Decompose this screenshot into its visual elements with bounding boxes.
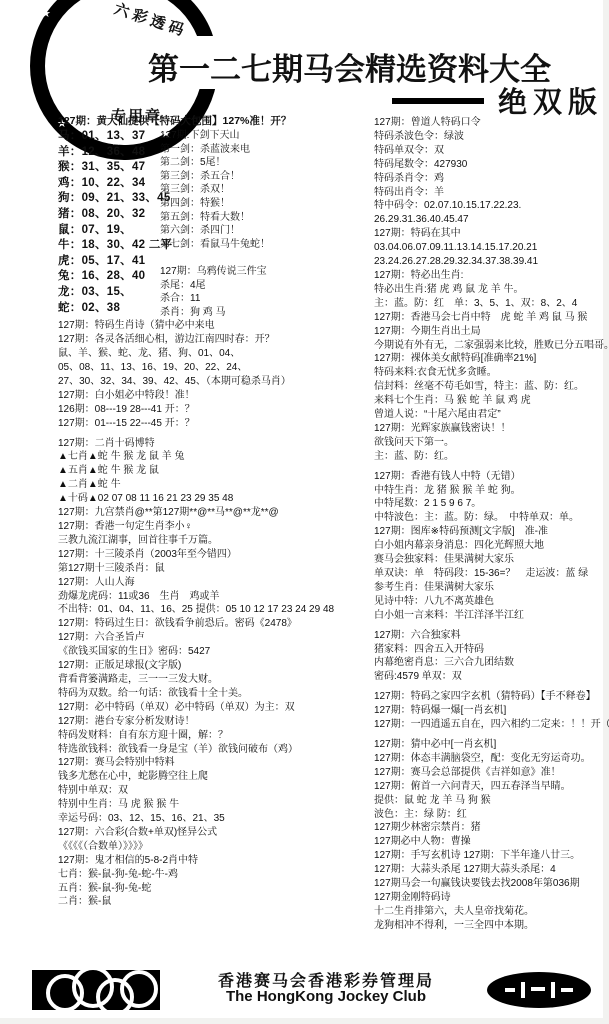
text-line: 127期：体态丰满脑袋空，配：变化无穷运奇功。 [374,752,609,766]
text-line: 不出特：01、04、11、16、25 提供：05 10 12 17 23 24 … [58,603,314,617]
text-line: 信封料：丝毫不苟毛如雪，特主：蓝、防：红。 [374,380,609,394]
document-body: 127期：黄大仙提供【特码大包围】127%准！开？ 马：01、13、37羊：12… [0,114,609,970]
text-line: 特码单双令：双 [374,144,609,158]
text-line: 背看背篓满路走，三一一三发大财。 [58,673,314,687]
text-line: ▲七肖▲蛇 牛 猴 龙 鼠 羊 兔 [58,450,314,464]
text-line: 蛇：02、38 [58,301,160,317]
oval-stamp [487,972,591,1008]
text-line: 特中码令：02.07.10.15.17.22.23. [374,199,609,213]
text-line: 特别中单双：双 [58,784,314,798]
text-line: 密码:4579 单双：双 [374,670,609,684]
stamp-mark [561,988,573,992]
text-line: 127期：白小姐必中特段！准！ [58,389,314,403]
text-line: 127期：港台专家分析发财诗！ [58,715,314,729]
left-text-lines: 127期：特码生肖诗（猜中必中来电127期：各灵各活细心相，游边江南四时春：开？… [58,319,314,909]
text-line: 杀合：11 [160,292,314,306]
text-line: 第三剑：杀双！ [160,183,314,197]
text-line: 127期：俯首一六问青天，四五春泽当早睛。 [374,780,609,794]
text-line: 127期：香港马会七肖中特 虎 蛇 羊 鸡 鼠 马 猴 [374,311,609,325]
text-line: 127期：人山人海 [58,576,314,590]
text-line: 127期：特必出生肖: [374,269,609,283]
text-line: 劲爆龙虎码：11或36 生肖 鸡或羊 [58,590,314,604]
footer: 香港赛马会香港彩券管理局 The HongKong Jockey Club [0,968,609,1014]
text-line: 127期：六合彩(合数+单双)怪异公式 [58,826,314,840]
document-page: ★ ★ ★ ★ ★ ★ ★ 六彩透码 专用章 第一二七期马会精选资料大全 绝双版… [0,0,603,1018]
text-line: 127期：今期生肖出土局 [374,325,609,339]
text-line: 赛马会独家料：佳果满树大家乐 [374,553,609,567]
text-line: 特码发财料：自有东方迎十圈，解：？ [58,729,314,743]
text-line: 第七剑：看鼠马牛兔蛇！ [160,238,314,252]
text-line: ▲十码▲02 07 08 11 16 21 23 29 35 48 [58,492,314,506]
text-line: 特码杀肖令：鸡 [374,172,609,186]
text-line: 127期：猜中必中[一肖玄机] [374,738,609,752]
text-line: 波色：主：绿 防：红 [374,808,609,822]
text-line: 《欲钱买国家的生日》密码：5427 [58,645,314,659]
text-line: 127期：二肖十码博特 [58,437,314,451]
right-text-lines: 127期：曾道人特码口令特码杀波色令：绿波特码单双令：双特码尾数令：427930… [374,116,609,933]
text-line: 127期：赛马会总部提供《吉祥如意》准！ [374,766,609,780]
text-line: 特码杀波色令：绿波 [374,130,609,144]
text-line: 127期：特码在其中 [374,227,609,241]
stamp-mark [505,988,515,992]
text-line: 钱多尤愁在心中，蛇影腾空往上爬 [58,770,314,784]
text-line: 127期：特码之家四字玄机（猜特码）【手不释卷】 [374,690,609,704]
text-line: 曾道人说：“十尾六尾由君定” [374,408,609,422]
text-line: 特必出生肖:猪 虎 鸡 鼠 龙 羊 牛。 [374,283,609,297]
text-line: 白小姐一言来料：半江洋泽半江红 [374,609,609,623]
text-line: 见诗中特：八九不离英雄色 [374,595,609,609]
text-line: 杀肖：狗 鸡 马 [160,306,314,320]
text-line: 参考生肖：佳果满树大家乐 [374,581,609,595]
text-line: 狗：09、21、33、45 [58,191,160,207]
left-column: 127期：黄大仙提供【特码大包围】127%准！开？ 马：01、13、37羊：12… [0,114,314,970]
text-line: 杀尾：4尾 [160,279,314,293]
text-line: 127期马会一句赢钱诀要钱去找2008年第036期 [374,877,609,891]
text-line: ▲二肖▲蛇 牛 [58,478,314,492]
logo-ring [120,970,158,1008]
text-line: 单双诀：单 特码段：15-36=？ 走运波：蓝 绿 [374,567,609,581]
text-line: 中特波色：主：蓝。防：绿。 中特单双：单。 [374,511,609,525]
text-line: 猪：08、20、32 [58,207,160,223]
jockey-club-logo [32,970,160,1010]
text-line: 鼠、羊、猴、蛇、龙、猪、狗、01、04、 [58,347,314,361]
footer-org-name-en: The HongKong Jockey Club [186,988,466,1005]
text-line: 127期：香港有钱人中特（无错） [374,470,609,484]
text-line: 127期：一四逍遥五自在，四六相约二定来：！！开（？？） [374,718,609,732]
text-line: ▲五肖▲蛇 牛 猴 龙 鼠 [58,464,314,478]
dash-rule [392,98,484,104]
text-line: 特码为双数。给一句话：欲钱看十全十美。 [58,687,314,701]
text-line: 内幕绝密肖息：三六合九团结数 [374,656,609,670]
star-icon: ★ [41,9,51,20]
text-line: 三教九流江湖事，回首往事千万篇。 [58,534,314,548]
text-line: 龙：03、15、 [58,285,160,301]
text-line: 二肖：猴-鼠 [58,895,314,909]
text-line: 127期：必中特码（单双）必中特码（单双）为主：双 [58,701,314,715]
text-line: 五肖：猴-鼠-狗-兔-蛇 [58,882,314,896]
text-line: 03.04.06.07.09.11.13.14.15.17.20.21 [374,241,609,255]
text-line: 白小姐内幕亲身消息：四化光辉照大地 [374,539,609,553]
stamp-mark [521,982,525,998]
text-line: 23.24.26.27.28.29.32.34.37.38.39.41 [374,255,609,269]
text-line: 虎：05、17、41 [58,254,160,270]
text-line: 欲钱问天下第一。 [374,436,609,450]
text-line: 羊：12、36、48 [58,145,160,161]
text-line: 猪家料：四舍五入开特码 [374,643,609,657]
text-line: 龙狗相冲不得利，一三全四中本期。 [374,919,609,933]
text-line: 127期：九宫禁肖@**第127期**@**马**@**龙**@ [58,506,314,520]
text-line: 主：蓝、防：红。 [374,450,609,464]
text-line: 第三剑：杀五合！ [160,170,314,184]
text-line: 127期金刚特码诗 [374,891,609,905]
text-line: 127期：鬼才相信的5-8-2肖中特 [58,854,314,868]
text-line: 第一剑：杀蓝波来电 [160,143,314,157]
text-line: 127期：01---15 22---45 开：？ [58,417,314,431]
text-line: 七肖：猴-鼠-狗-兔-蛇-牛-鸡 [58,868,314,882]
text-line: 第六剑：杀四门！ [160,224,314,238]
text-line: 特码尾数令：427930 [374,158,609,172]
text-line: 127期：特码生肖诗（猜中必中来电 [58,319,314,333]
text-line: 127期：各灵各活细心相，游边江南四时春：开？ [58,333,314,347]
text-line: 鼠：07、19、 [58,223,160,239]
text-line: 特别中生肖：马 虎 猴 猴 牛 [58,798,314,812]
text-line: 127期：香港一句定生肖李小♀ [58,520,314,534]
text-line: 第四剑：特猴！ [160,197,314,211]
text-line: 第五剑：特看大数！ [160,211,314,225]
text-line: 牛：18、30、42 二平 [58,238,160,254]
sword-tips-list: 127期:下剑下天山第一剑：杀蓝波来电第二剑：5尾！第三剑：杀五合！第三剑：杀双… [160,129,314,319]
text-line: 十二生肖排第六，夫人皇帝找菊花。 [374,905,609,919]
text-line: 127期少林密宗禁肖：猪 [374,821,609,835]
text-line: 127期：赛马会特别中特料 [58,756,314,770]
text-line: 126期：08---19 28---41 开：？ [58,403,314,417]
header: ★ ★ ★ ★ ★ ★ ★ 六彩透码 专用章 第一二七期马会精选资料大全 绝双版 [0,0,609,112]
text-line: 特码来料:衣食无忧多贪睡。 [374,366,609,380]
text-line: 127期：十三陵杀肖（2003年至今错四） [58,548,314,562]
text-line: 127期：正版足球报(文字版) [58,659,314,673]
text-line: 特选欲钱料：欲钱看一身是宝（羊）欲钱问破布（鸡） [58,743,314,757]
text-line: 05、08、11、13、16、19、20、22、24、 [58,361,314,375]
right-column: 127期：曾道人特码口令特码杀波色令：绿波特码单双令：双特码尾数令：427930… [314,114,609,970]
text-line: 兔：16、28、40 [58,269,160,285]
text-line: 127期：特码过生日：欲钱看争前恐后。密码《2478》 [58,617,314,631]
text-line: 鸡：10、22、34 [58,176,160,192]
text-line: 来料七个生肖：马 猴 蛇 羊 鼠 鸡 虎 [374,394,609,408]
zodiac-number-list: 马：01、13、37羊：12、36、48猴：31、35、47鸡：10、22、34… [58,129,160,319]
text-line: 127期：六合独家料 [374,629,609,643]
baowei-section: 马：01、13、37羊：12、36、48猴：31、35、47鸡：10、22、34… [58,129,314,319]
text-line: 127期：裸体美女献特码[准确率21%] [374,352,609,366]
text-line: 今期说有外有无，二家强弱来比较，胜败已分五唱哥。 [374,339,609,353]
text-line: 26.29.31.36.40.45.47 [374,213,609,227]
text-line: 127期：特码爆一爆[一肖玄机] [374,704,609,718]
baowei-section-title: 127期：黄大仙提供【特码大包围】127%准！开？ [58,114,314,129]
text-line [160,251,314,265]
stamp-mark [551,982,555,998]
text-line: 127期：曾道人特码口令 [374,116,609,130]
text-line: 127期:下剑下天山 [160,129,314,143]
text-line: 27、30、32、34、39、42、45、（本期可稳杀马肖） [58,375,314,389]
text-line: 马：01、13、37 [58,129,160,145]
text-line: 127期：大蒜头杀尾 127期大蒜头杀尾：4 [374,863,609,877]
text-line: 127期：乌鸦传说三件宝 [160,265,314,279]
text-line: 127期必中人物：曹操 [374,835,609,849]
text-line: 《《《《（合数单）》》》》 [58,840,314,854]
text-line: 127期：图库※特码预测[文字版] 准-准 [374,525,609,539]
text-line: 第127期十三陵杀肖：鼠 [58,562,314,576]
text-line: 中特尾数：2 1 5 9 6 7。 [374,497,609,511]
text-line: 127期：光辉家族赢钱密诀！！ [374,422,609,436]
text-line: 幸运号码：03、12、15、16、21、35 [58,812,314,826]
text-line: 127期：六合圣旨卢 [58,631,314,645]
text-line: 第二剑：5尾！ [160,156,314,170]
text-line: 主：蓝。防：红 单：3、5、1、双：8、2、4 [374,297,609,311]
text-line: 中特生肖：龙 猪 猴 猴 羊 蛇 狗。 [374,484,609,498]
text-line: 特码出肖令：羊 [374,186,609,200]
stamp-mark [531,987,545,991]
text-line: 提供：鼠 蛇 龙 羊 马 狗 猴 [374,794,609,808]
text-line: 127期：手写玄机诗 127期：下半年逢八廿三。 [374,849,609,863]
text-line: 猴：31、35、47 [58,160,160,176]
